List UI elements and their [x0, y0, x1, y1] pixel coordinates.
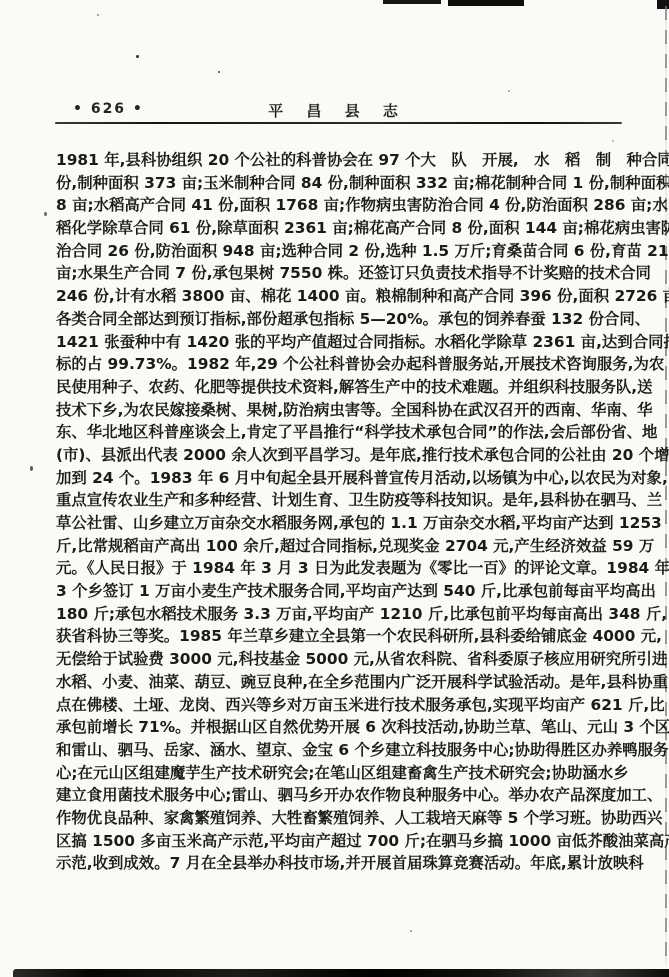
text-line: (市)、县派出代表 2000 余人次到平昌学习。是年底,推行技术承包合同的公社由…: [56, 444, 621, 467]
text-line: 水稻、小麦、油菜、葫豆、豌豆良种,在全乡范围内广泛开展科学试验活动。是年,县科协…: [56, 671, 621, 694]
text-line: 建立食用菌技术服务中心;雷山、驷马乡开办农作物良种服务中心。举办农产品深度加工、: [56, 784, 621, 807]
text-line: 1421 张蚕种中有 1420 张的平均产值超过合同指标。水稻化学除草 2361…: [56, 331, 621, 354]
text-line: 草公社雷、山乡建立万亩杂交水稻服务网,承包的 1.1 万亩杂交水稻,平均亩产达到…: [56, 512, 621, 535]
text-line: 获省科协三等奖。1985 年兰草乡建立全县第一个农民科研所,县科委给铺底金 40…: [56, 625, 621, 648]
header-divider-rule: [55, 122, 622, 124]
text-line: 作物优良品种、家禽繁殖饲养、大牲畜繁殖饲养、人工栽培天麻等 5 个学习班。协助西…: [56, 807, 621, 830]
text-line: 份,制种面积 373 亩;玉米制种合同 84 份,制种面积 332 亩;棉花制种…: [56, 172, 621, 195]
text-line: 和雷山、驷马、岳家、涵水、望京、金宝 6 个乡建立科技服务中心;协助得胜区办养鸭…: [56, 739, 621, 762]
text-line: 稻化学除草合同 61 份,除草面积 2361 亩;棉花高产合同 8 份,面积 1…: [56, 217, 621, 240]
text-line: 东、华北地区科普座谈会上,肯定了平昌推行“科学技术承包合同”的作法,会后部份省、…: [56, 421, 621, 444]
text-line: 心;在元山区组建魔芋生产技术研究会;在笔山区组建畜禽生产技术研究会;协助涵水乡: [56, 762, 621, 785]
scan-speck: [30, 466, 33, 471]
text-line: 承包前增长 71%。并根据山区自然优势开展 6 次科技活动,协助兰草、笔山、元山…: [56, 716, 621, 739]
text-line: 点在佛楼、土垭、龙岗、西兴等乡对万亩玉米进行技术服务承包,实现平均亩产 621 …: [56, 694, 621, 717]
text-line: 区搞 1500 多亩玉米高产示范,平均亩产超过 700 斤;在驷马乡搞 1000…: [56, 830, 621, 853]
text-line: 180 斤;承包水稻技术服务 3.3 万亩,平均亩产 1210 斤,比承包前平均…: [56, 603, 621, 626]
scan-speck: [218, 71, 220, 73]
scan-speck: [97, 14, 99, 16]
text-line: 无偿给于试验费 3000 元,科技基金 5000 元,从省农科院、省科委原子核应…: [56, 648, 621, 671]
scanned-book-page: • 626 • 平 昌 县 志 1981 年,县科协组织 20 个公社的科普协会…: [0, 0, 669, 977]
text-line: 亩;水果生产合同 7 份,承包果树 7550 株。还签订只负责技术指导不计奖赔的…: [56, 262, 621, 285]
text-line: 重点宣传农业生产和多种经营、计划生育、卫生防疫等科技知识。是年,县科协在驷马、兰: [56, 489, 621, 512]
text-line: 民使用种子、农药、化肥等提供技术资料,解答生产中的技术难题。并组织科技服务队,送: [56, 376, 621, 399]
book-title: 平 昌 县 志: [230, 100, 445, 121]
scan-artifact-bottom-strip: [13, 969, 669, 977]
scan-artifact-top-strip: [448, 0, 524, 6]
scan-speck: [612, 140, 614, 142]
text-line: 标的占 99.73%。1982 年,29 个公社科普协会办起科普服务站,开展技术…: [56, 353, 621, 376]
scan-speck: [410, 930, 412, 932]
text-line: 加到 24 个。1983 年 6 月中旬起全县开展科普宣传月活动,以场镇为中心,…: [56, 467, 621, 490]
scan-speck: [508, 90, 510, 92]
text-line: 治合同 26 份,防治面积 948 亩;选种合同 2 份,选种 1.5 万斤;育…: [56, 240, 621, 263]
body-text: 1981 年,县科协组织 20 个公社的科普协会在 97 个大 队 开展, 水 …: [56, 149, 621, 875]
text-line: 元。《人民日报》于 1984 年 3 月 3 日为此发表题为《零比一百》的评论文…: [56, 557, 621, 580]
text-line: 3 个乡签订 1 万亩小麦生产技术服务合同,平均亩产达到 540 斤,比承包前每…: [56, 580, 621, 603]
text-line: 各类合同全部达到预订指标,部份超承包指标 5—20%。承包的饲养春蚕 132 份…: [56, 308, 621, 331]
text-line: 示范,收到成效。7 月在全县举办科技市场,并开展首届珠算竞赛活动。年底,累计放映…: [56, 852, 621, 875]
scan-artifact-corner: [657, 0, 669, 9]
scan-artifact-top-strip: [383, 0, 441, 4]
text-line: 1981 年,县科协组织 20 个公社的科普协会在 97 个大 队 开展, 水 …: [56, 149, 621, 172]
text-line: 246 份,计有水稻 3800 亩、棉花 1400 亩。粮棉制种和高产合同 39…: [56, 285, 621, 308]
page-number: • 626 •: [73, 101, 144, 117]
text-line: 技术下乡,为农民嫁接桑树、果树,防治病虫害等。全国科协在武汉召开的西南、华南、华: [56, 399, 621, 422]
text-line: 8 亩;水稻高产合同 41 份,面积 1768 亩;作物病虫害防治合同 4 份,…: [56, 194, 621, 217]
scan-speck: [136, 55, 139, 58]
page-header: • 626 • 平 昌 县 志: [55, 100, 621, 120]
scan-speck: [44, 212, 47, 216]
text-line: 斤,比常规稻亩产高出 100 余斤,超过合同指标,兑现奖金 2704 元,产生经…: [56, 535, 621, 558]
